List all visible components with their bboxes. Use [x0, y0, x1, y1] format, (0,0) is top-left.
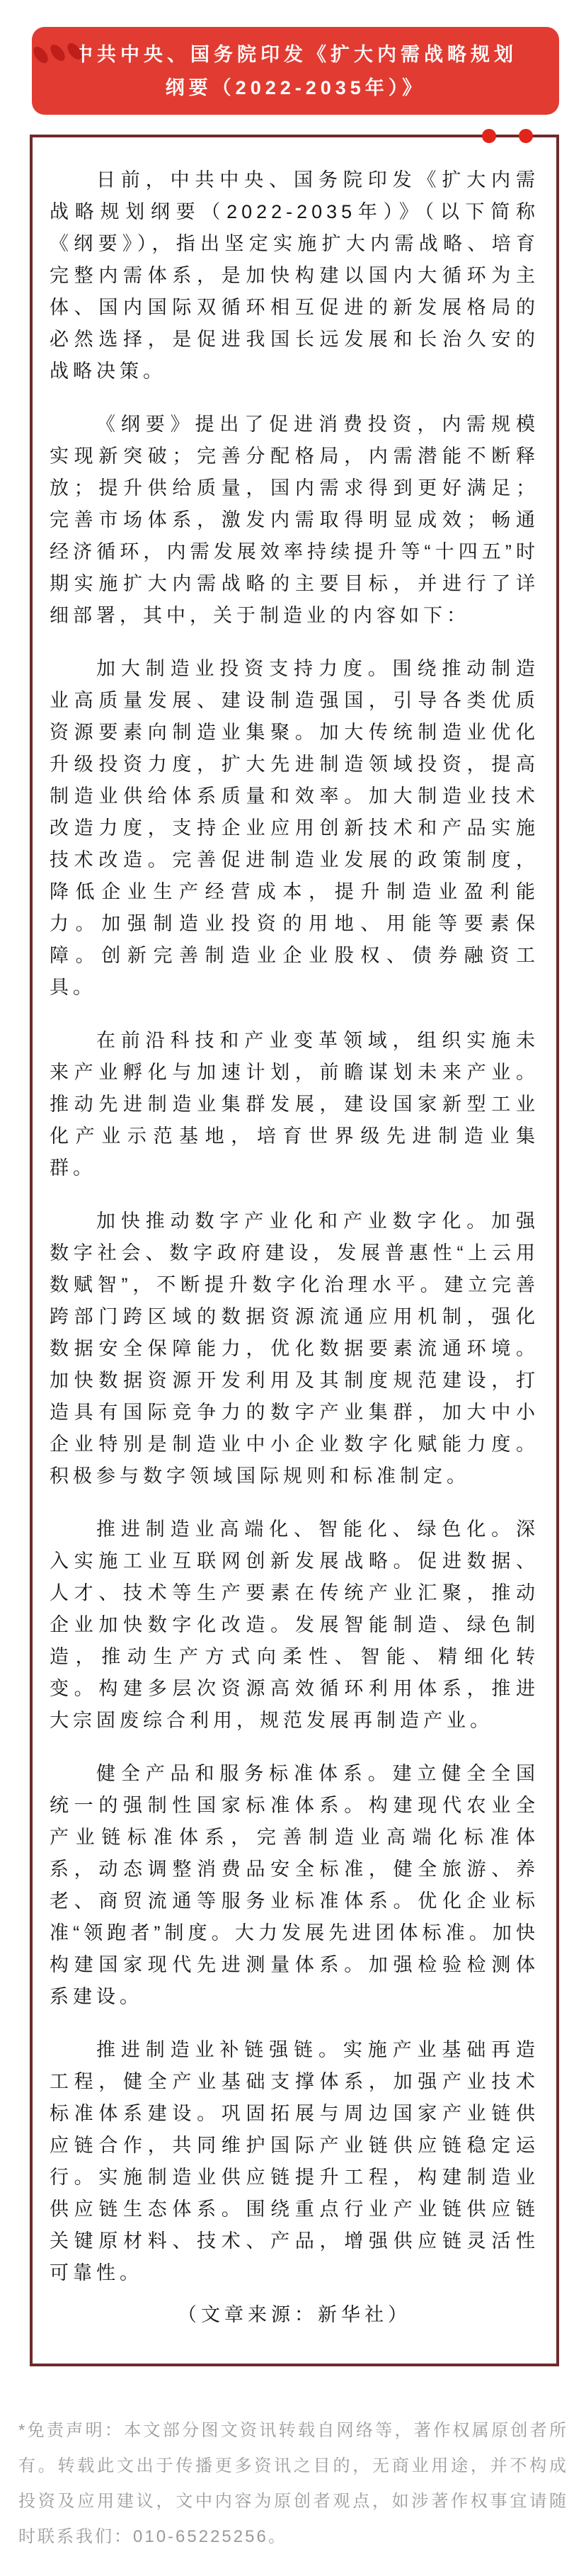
red-oval-dot-icon	[30, 44, 50, 66]
title-line-1: 中共中央、国务院印发《扩大内需战略规划	[52, 38, 539, 72]
article-paragraph: 日前，中共中央、国务院印发《扩大内需战略规划纲要（2022-2035年）》（以下…	[50, 164, 539, 387]
article-paragraph: 加快推动数字产业化和产业数字化。加强数字社会、数字政府建设，发展普惠性“上云用数…	[50, 1205, 539, 1492]
red-circle-dot-icon	[519, 129, 533, 143]
article-paragraph: 《纲要》提出了促进消费投资，内需规模实现新突破；完善分配格局，内需潜能不断释放；…	[50, 409, 539, 632]
article-paragraph: 推进制造业补链强链。实施产业基础再造工程，健全产业基础支撑体系，加强产业技术标准…	[50, 2034, 539, 2289]
source-attribution: （文章来源：新华社）	[50, 2299, 539, 2331]
red-circle-dot-icon	[482, 129, 496, 143]
article-paragraph: 推进制造业高端化、智能化、绿色化。深入实施工业互联网创新发展战略。促进数据、人才…	[50, 1514, 539, 1737]
article-body-box: 日前，中共中央、国务院印发《扩大内需战略规划纲要（2022-2035年）》（以下…	[30, 135, 559, 2366]
header-decoration-dots	[34, 41, 98, 65]
article-paragraph: 在前沿科技和产业变革领域，组织实施未来产业孵化与加速计划，前瞻谋划未来产业。推动…	[50, 1025, 539, 1184]
red-oval-dot-icon	[64, 40, 84, 62]
title-line-2: 纲要（2022-2035年）》	[52, 72, 539, 105]
disclaimer-text: *免责声明：本文部分图文资讯转载自网络等，著作权属原创者所有。转载此文出于传播更…	[18, 2413, 568, 2576]
article-title-banner: 中共中央、国务院印发《扩大内需战略规划 纲要（2022-2035年）》	[32, 27, 559, 115]
red-oval-dot-icon	[47, 42, 67, 64]
article-paragraph: 健全产品和服务标准体系。建立健全全国统一的强制性国家标准体系。构建现代农业全产业…	[50, 1758, 539, 2013]
article-paragraphs: 日前，中共中央、国务院印发《扩大内需战略规划纲要（2022-2035年）》（以下…	[50, 164, 539, 2289]
article-paragraph: 加大制造业投资支持力度。围绕推动制造业高质量发展、建设制造强国，引导各类优质资源…	[50, 653, 539, 1004]
